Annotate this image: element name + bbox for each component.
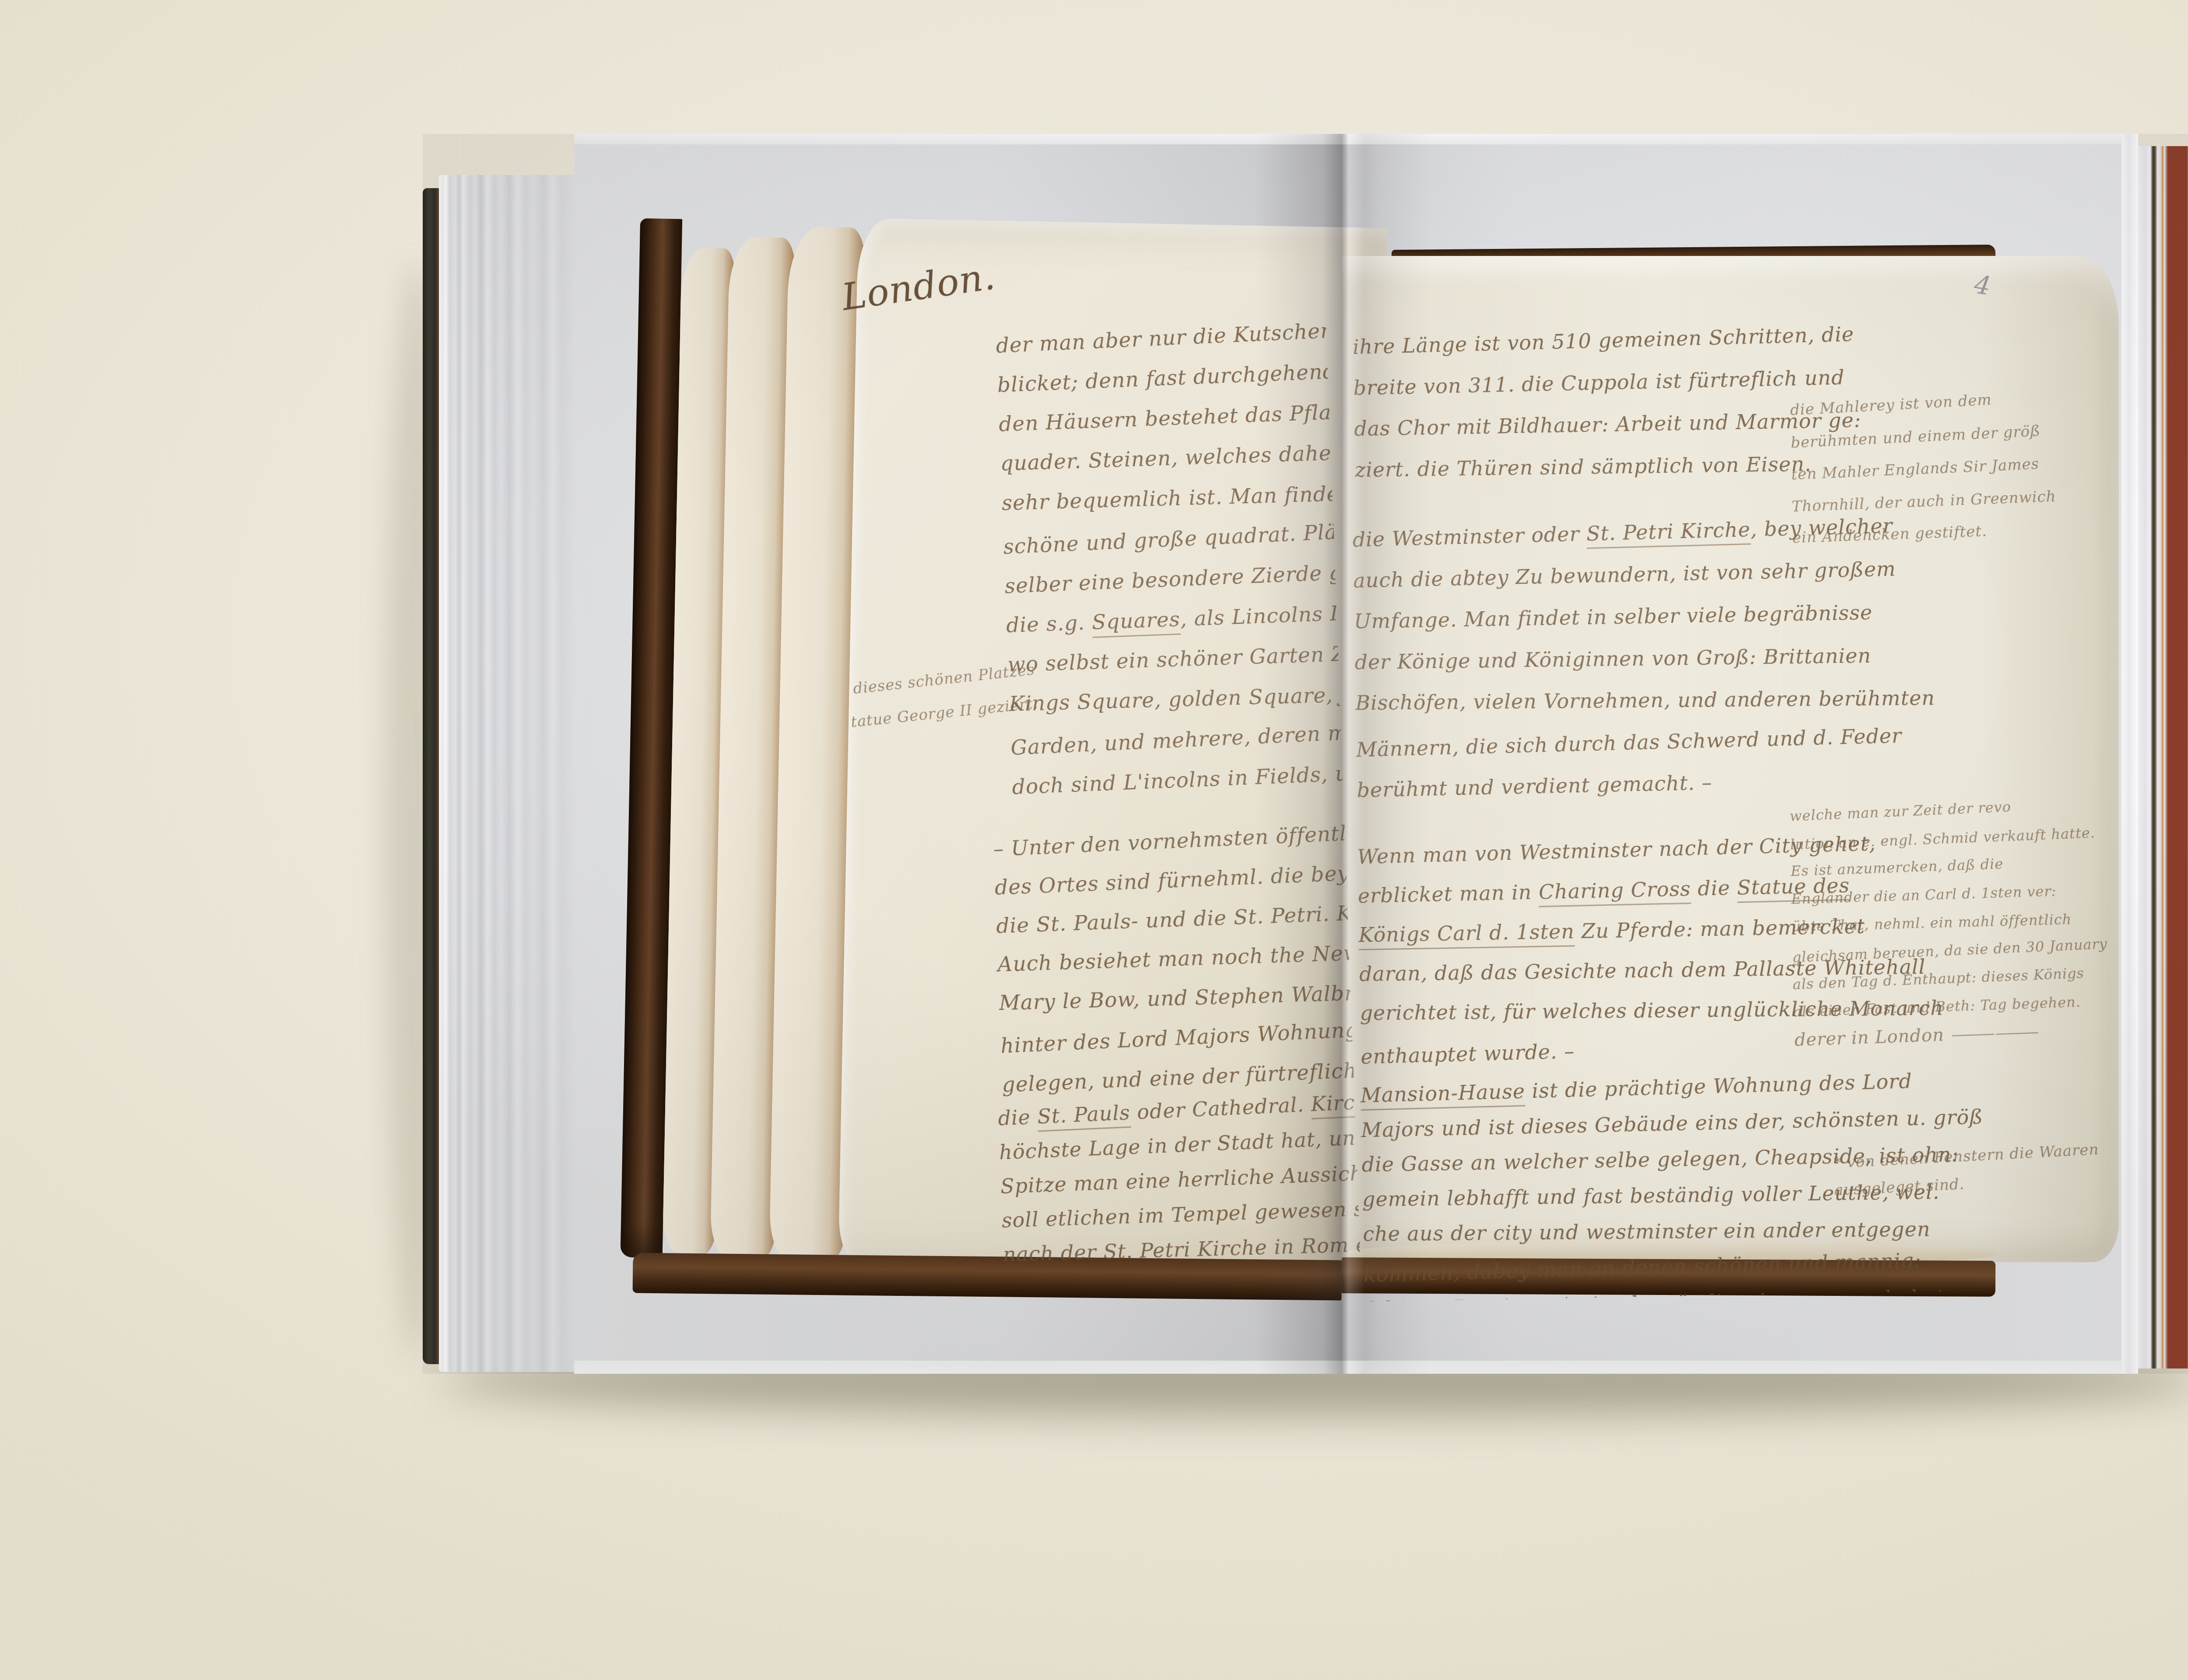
fore-edge-color-bands — [2138, 146, 2188, 1368]
manuscript-line: berühmt und verdient gemacht. – — [1357, 772, 1712, 800]
manuscript-text-left: London. der man aber nur die Kutschen un… — [834, 219, 1360, 1286]
manuscript-title: London. — [839, 255, 998, 319]
manuscript-line: Männern, die sich durch das Schwerd und … — [1356, 725, 1902, 760]
manuscript-line: Kings Square, golden Square, James S — [1009, 682, 1360, 715]
manuscript-line: – Unter den vornehmsten öffentlichen — [993, 820, 1361, 860]
manuscript-line: das Chor mit Bildhauer: Arbeit und Marmo… — [1354, 410, 1862, 439]
manuscript-text-right: ihre Länge ist von 510 gemeinen Schritte… — [1339, 238, 2136, 1302]
manuscript-line: höchste Lage in der Stadt hat, und v — [999, 1126, 1360, 1162]
manuscript-line: gleichsam bereuen, da sie den 30 January — [1792, 937, 2107, 964]
manuscript-line: ausgeleget sind. — [1834, 1177, 1965, 1198]
manuscript-line: derer in London ⸻⸻ — [1794, 1023, 2038, 1049]
manuscript-line: des Ortes sind fürnehml. die beyden H — [994, 861, 1360, 898]
manuscript-line: auch die abtey Zu bewundern, ist von seh… — [1353, 559, 1896, 591]
manuscript-line: selber eine besondere Zierde geben, und — [1004, 558, 1361, 597]
manuscript-line: ihre Länge ist von 510 gemeinen Schritte… — [1352, 324, 1854, 357]
manuscript-line: Majors und ist dieses Gebäude eins der, … — [1361, 1106, 1984, 1140]
manuscript-line: ziert. die Thüren sind sämptlich von Eis… — [1355, 454, 1812, 480]
manuscript-line: enthauptet wurde. – — [1360, 1041, 1575, 1067]
manuscript-line: blicket; denn fast durchgehends an denen — [997, 356, 1360, 395]
manuscript-line: die St. Pauls- und die St. Petri. K. Zu … — [996, 901, 1361, 937]
manuscript-line: Garden, und mehrere, deren man üb — [1010, 720, 1360, 758]
manuscript-line: Auch besiehet man noch the New Churc — [997, 940, 1361, 975]
manuscript-line: Mary le Bow, und Stephen Walbrook, — [999, 982, 1360, 1014]
manuscript-line: der man aber nur die Kutschen und Fuhr — [996, 315, 1361, 356]
manuscript-line: Königs Carl d. 1sten Zu Pferde: man beme… — [1358, 916, 1865, 945]
manuscript-line: wo selbst ein schöner Garten Zur prom — [1007, 641, 1361, 675]
manuscript-line: Thornhill, der auch in Greenwich — [1792, 489, 2056, 514]
manuscript-line: ten Mahler Englands Sir James — [1791, 456, 2040, 482]
manuscript-line: ist mit d. Statue George II geziert. — [834, 696, 1039, 738]
manuscript-line: die s.g. Squares, als Lincolns Inn, w — [1006, 601, 1360, 636]
manuscript-line: breite von 311. die Cuppola ist fürtrefl… — [1353, 367, 1845, 398]
manuscript-line: kommen, dabey man an denen schönen und m… — [1363, 1250, 1922, 1284]
manuscript-line: den Häusern bestehet das Pflaster aus ge — [999, 398, 1361, 435]
manuscript-line: Spitze man eine herrliche Aussicht üb — [1000, 1162, 1360, 1197]
manuscript-line: der Könige und Königinnen von Groß: Brit… — [1354, 645, 1871, 672]
manuscript-line: Mansion-Hause ist die prächtige Wohnung … — [1360, 1071, 1912, 1106]
manuscript-line: nach der St. Petri Kirche in Rom erbaut — [1003, 1232, 1360, 1264]
manuscript-line: doch sind L'incolns in Fields, u. Gros — [1012, 761, 1361, 798]
left-page-edge-stack — [439, 175, 574, 1372]
manuscript-line: schöne und große quadrat. Plätze in Lond — [1003, 516, 1361, 557]
manuscript-line: che aus der city und westminster ein and… — [1363, 1219, 1930, 1244]
manuscript-line: Bischöfen, vielen Vornehmen, und anderen… — [1355, 688, 1935, 713]
manuscript-line: Umfange. Man findet in selber viele begr… — [1354, 602, 1873, 632]
manuscript-line: welche man zur Zeit der revo — [1789, 799, 2011, 823]
manuscript-line: erblicket man in Charing Cross die Statu… — [1357, 875, 1850, 906]
book-cover-edge — [423, 188, 439, 1364]
manuscript-line: hinter des Lord Majors Wohnung d. M — [1000, 1017, 1360, 1057]
manuscript-line: lution an e. engl. Schmid verkauft hatte… — [1790, 826, 2095, 851]
manuscript-line: Es ist anzumercken, daß die — [1791, 857, 2004, 878]
photo-of-open-book: London. der man aber nur die Kutschen un… — [0, 0, 2188, 1680]
manuscript-line: soll etlichen im Tempel gewesen seyn, un… — [1001, 1196, 1360, 1230]
manuscript-line: quader. Steinen, welches dahero für die — [1000, 440, 1361, 474]
manuscript-line: sehr bequemlich ist. Man findet üb — [1001, 483, 1360, 514]
manuscript-line: die Mahlerey ist von dem — [1790, 392, 1992, 418]
